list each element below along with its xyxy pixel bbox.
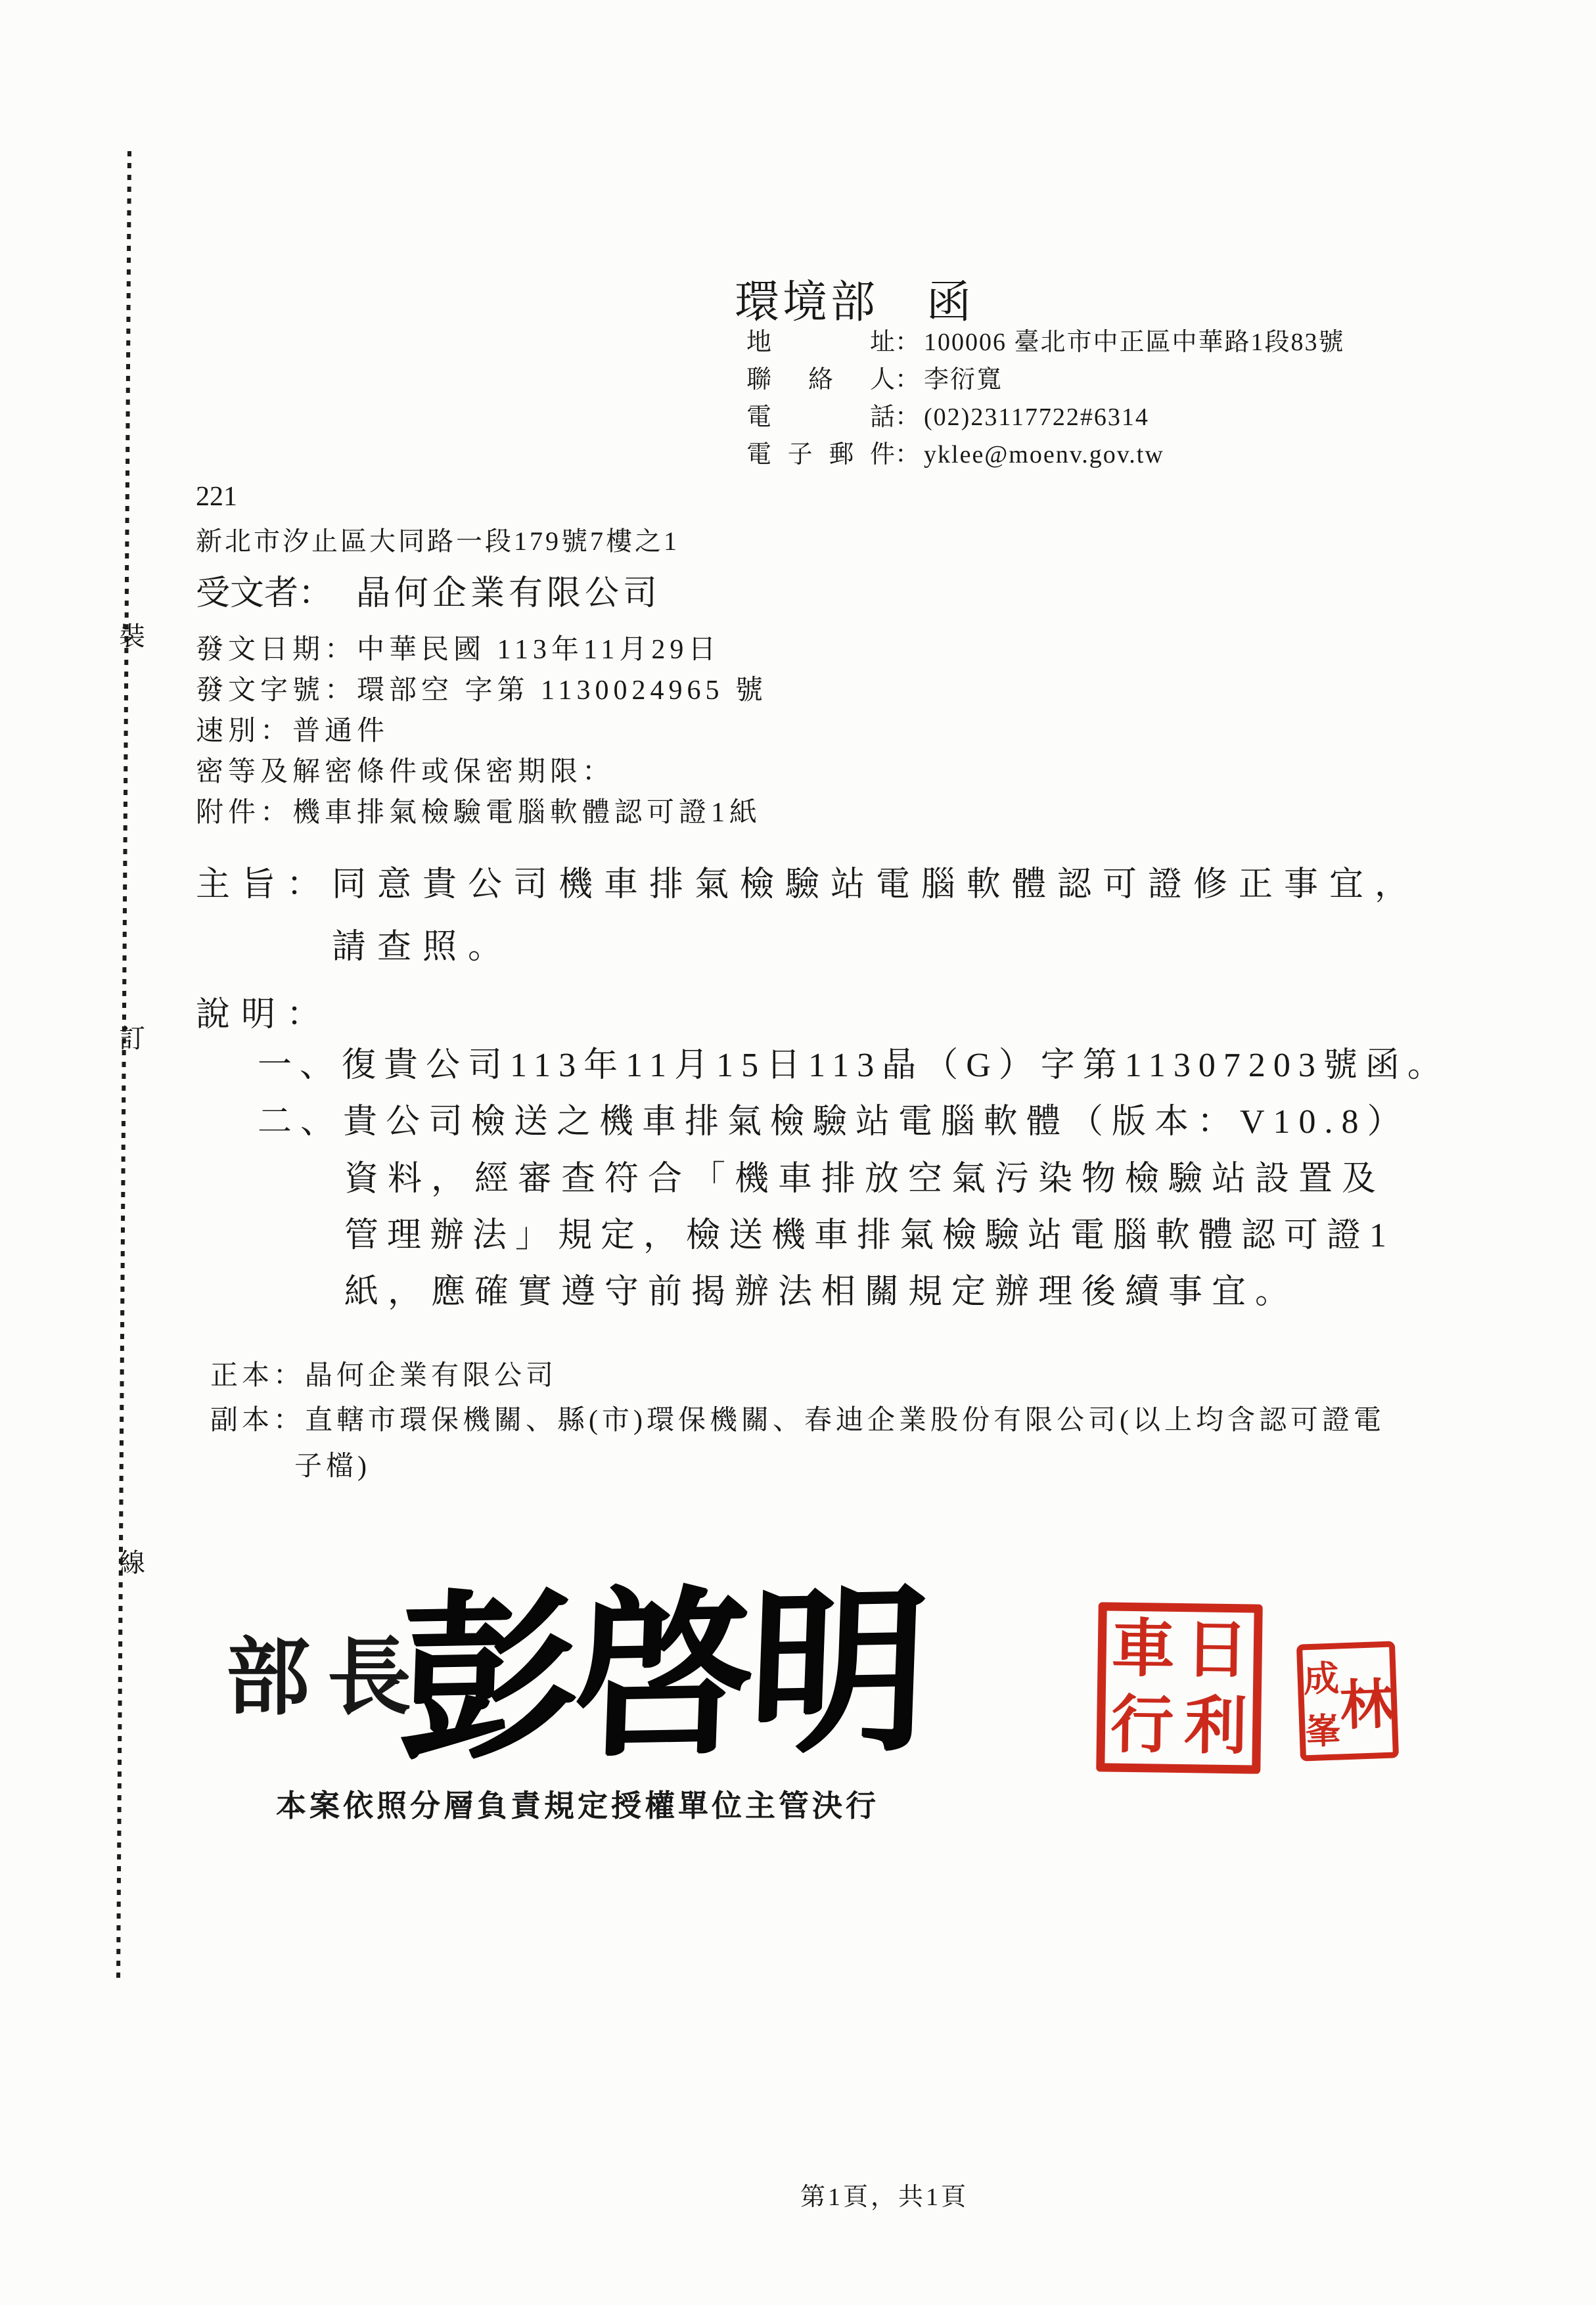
binding-mark-xian: 線	[117, 1548, 147, 1578]
recipient-line: 受文者：晶何企業有限公司	[196, 565, 661, 614]
stamp-char-cheng: 成	[1302, 1649, 1340, 1702]
sender-phone-row: 電話：(02)23117722#6314	[746, 401, 1345, 439]
colon: ：	[895, 401, 920, 433]
copies-cc-line-continued: 子檔)	[294, 1444, 371, 1484]
stamp-char-top-right: 日	[1179, 1612, 1254, 1689]
recipient-name: 晶何企業有限公司	[356, 575, 661, 612]
approval-authorization-note: 本案依照分層負責規定授權單位主管決行	[276, 1782, 879, 1825]
page-number-footer: 第1頁，共1頁	[800, 2176, 969, 2212]
meta-line-ref-number: 發文字號：環部空 字第 1130024965 號	[196, 673, 767, 714]
copies-cc-line: 副本：直轄市環保機關、縣(市)環保機關、春迪企業股份有限公司(以上均含認可證電	[210, 1398, 1385, 1438]
company-seal-stamp: 車 日 行 利	[1096, 1602, 1263, 1773]
stamp-char-lin: 林	[1338, 1647, 1396, 1754]
recipient-address: 新北市汐止區大同路一段179號7樓之1	[196, 520, 679, 558]
sender-email-label: 電子郵件	[746, 439, 895, 470]
recipient-label: 受文者：	[196, 575, 332, 612]
colon: ：	[895, 439, 920, 470]
explanation-item-2: 二、貴公司檢送之機車排氣檢驗站電腦軟體（版本：V10.8）	[258, 1093, 1410, 1143]
sender-phone-label: 電話	[746, 401, 895, 433]
stamp-char-bottom-left: 行	[1105, 1687, 1179, 1764]
sender-contact-value: 李衍寬	[924, 364, 1003, 396]
stamp-char-bottom-right: 利	[1178, 1688, 1253, 1766]
explanation-item-2-cont-1: 資料，經審查符合「機車排放空氣污染物檢驗站設置及	[344, 1151, 1385, 1200]
binding-dotted-line	[116, 151, 131, 1978]
copies-original-line: 正本：晶何企業有限公司	[210, 1354, 557, 1393]
scanned-letter-page: 裝 訂 線 環境部 函 地址：100006 臺北市中正區中華路1段83號 聯絡人…	[0, 0, 1596, 2305]
stamp-char-top-left: 車	[1106, 1610, 1181, 1688]
stamp-char-feng: 峯	[1304, 1701, 1342, 1755]
sender-address-value: 100006 臺北市中正區中華路1段83號	[924, 327, 1345, 358]
colon: ：	[895, 327, 920, 358]
meta-line-attachment: 附件：機車排氣檢驗電腦軟體認可證1紙	[196, 795, 767, 836]
explanation-item-2-cont-2: 管理辦法」規定，檢送機車排氣檢驗站電腦軟體認可證1	[344, 1207, 1395, 1256]
recipient-postal-code: 221	[196, 481, 237, 513]
sender-info-block: 地址：100006 臺北市中正區中華路1段83號 聯絡人：李衍寬 電話：(02)…	[746, 327, 1345, 476]
explanation-heading: 說明：	[196, 986, 332, 1036]
subject-line-2: 請查照。	[332, 919, 513, 968]
colon: ：	[895, 364, 920, 396]
sender-address-row: 地址：100006 臺北市中正區中華路1段83號	[746, 327, 1345, 364]
minister-signature-calligraphy: 彭啓明	[395, 1526, 928, 1792]
explanation-item-1: 一、復貴公司113年11月15日113晶（G）字第11307203號函。	[258, 1037, 1449, 1086]
binding-mark-ding: 訂	[117, 1024, 147, 1054]
document-meta-block: 發文日期：中華民國 113年11月29日 發文字號：環部空 字第 1130024…	[196, 632, 767, 836]
binding-mark-zhuang: 裝	[117, 622, 147, 652]
personal-name-seal-stamp: 成 林 峯	[1296, 1641, 1399, 1761]
sender-contact-label: 聯絡人	[746, 364, 895, 396]
sender-address-label: 地址	[746, 327, 895, 358]
explanation-item-2-cont-3: 紙，應確實遵守前揭辦法相關規定辦理後續事宜。	[344, 1264, 1298, 1313]
sender-contact-row: 聯絡人：李衍寬	[746, 364, 1345, 401]
document-title: 環境部 函	[735, 267, 974, 331]
meta-line-date: 發文日期：中華民國 113年11月29日	[196, 632, 767, 673]
sender-email-row: 電子郵件：yklee@moenv.gov.tw	[746, 439, 1345, 476]
sender-phone-value: (02)23117722#6314	[924, 401, 1149, 433]
meta-line-security: 密等及解密條件或保密期限：	[196, 754, 767, 795]
sender-email-value: yklee@moenv.gov.tw	[924, 439, 1164, 470]
meta-line-priority: 速別：普通件	[196, 714, 767, 754]
subject-line-1: 主旨：同意貴公司機車排氣檢驗站電腦軟體認可證修正事宜，	[196, 856, 1420, 905]
